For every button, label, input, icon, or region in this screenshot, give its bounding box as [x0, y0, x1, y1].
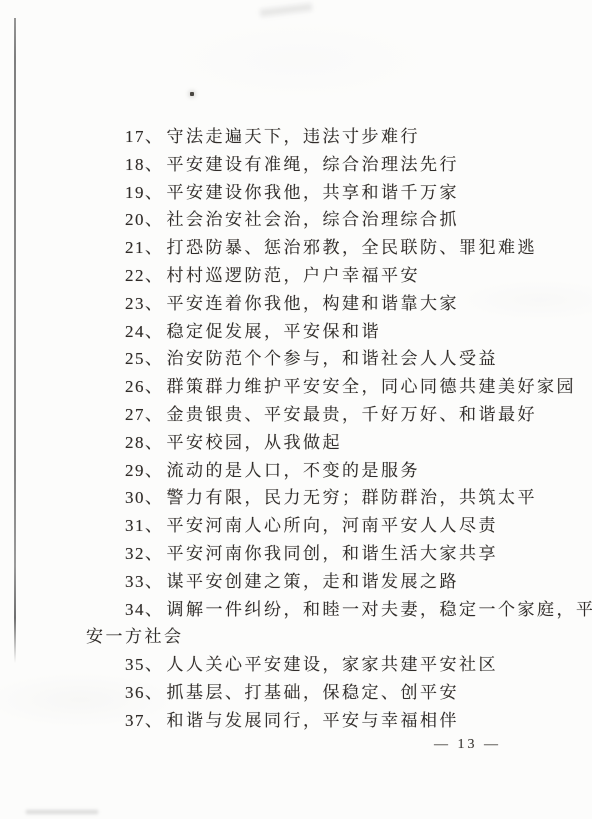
slogan-number: 23、	[125, 294, 164, 313]
slogan-text: 社会治安社会治，综合治理综合抓	[167, 210, 460, 229]
scan-artifact-top-smudge	[260, 3, 313, 17]
slogan-line: 27、金贵银贵、平安最贵，千好万好、和谐最好	[0, 401, 592, 429]
slogan-text: 平安建设有准绳，综合治理法先行	[167, 155, 460, 174]
slogan-line: 32、平安河南你我同创，和谐生活大家共享	[0, 540, 592, 568]
slogan-line: 安一方社会	[0, 623, 592, 651]
slogan-line: 20、社会治安社会治，综合治理综合抓	[0, 206, 592, 234]
slogan-number: 17、	[125, 127, 164, 146]
slogan-text: 人人关心平安建设，家家共建平安社区	[167, 655, 499, 674]
slogan-line: 33、谋平安创建之策，走和谐发展之路	[0, 568, 592, 596]
slogan-list: 17、守法走遍天下，违法寸步难行18、平安建设有准绳，综合治理法先行19、平安建…	[0, 123, 592, 735]
slogan-text: 调解一件纠纷，和睦一对夫妻，稳定一个家庭，平	[167, 600, 592, 619]
slogan-number: 32、	[125, 544, 164, 563]
slogan-number: 37、	[125, 711, 164, 730]
scan-artifact-bottom-streak	[26, 810, 98, 814]
slogan-text: 村村巡逻防范，户户幸福平安	[167, 266, 421, 285]
slogan-text: 抓基层、打基础，保稳定、创平安	[167, 683, 460, 702]
slogan-text: 守法走遍天下，违法寸步难行	[167, 127, 421, 146]
slogan-number: 20、	[125, 210, 164, 229]
slogan-number: 36、	[125, 683, 164, 702]
slogan-line: 24、稳定促发展，平安保和谐	[0, 318, 592, 346]
slogan-line: 26、群策群力维护平安安全，同心同德共建美好家园	[0, 373, 592, 401]
slogan-text: 流动的是人口，不变的是服务	[167, 461, 421, 480]
slogan-line: 31、平安河南人心所向，河南平安人人尽责	[0, 512, 592, 540]
slogan-line: 25、治安防范个个参与，和谐社会人人受益	[0, 345, 592, 373]
scanned-page: 17、守法走遍天下，违法寸步难行18、平安建设有准绳，综合治理法先行19、平安建…	[0, 0, 592, 819]
slogan-number: 27、	[125, 405, 164, 424]
slogan-text: 治安防范个个参与，和谐社会人人受益	[167, 349, 499, 368]
slogan-number: 29、	[125, 461, 164, 480]
slogan-text: 警力有限，民力无穷；群防群治，共筑太平	[167, 488, 538, 507]
slogan-line: 17、守法走遍天下，违法寸步难行	[0, 123, 592, 151]
slogan-line: 37、和谐与发展同行，平安与幸福相伴	[0, 707, 592, 735]
slogan-line: 23、平安连着你我他，构建和谐靠大家	[0, 290, 592, 318]
slogan-line: 18、平安建设有准绳，综合治理法先行	[0, 151, 592, 179]
slogan-number: 33、	[125, 572, 164, 591]
slogan-number: 22、	[125, 266, 164, 285]
slogan-text: 平安校园，从我做起	[167, 433, 343, 452]
slogan-number: 34、	[125, 600, 164, 619]
slogan-number: 35、	[125, 655, 164, 674]
slogan-number: 19、	[125, 183, 164, 202]
slogan-number: 24、	[125, 322, 164, 341]
slogan-number: 25、	[125, 349, 164, 368]
slogan-text: 平安河南你我同创，和谐生活大家共享	[167, 544, 499, 563]
slogan-line: 29、流动的是人口，不变的是服务	[0, 457, 592, 485]
slogan-line: 19、平安建设你我他，共享和谐千万家	[0, 179, 592, 207]
slogan-line: 21、打恐防暴、惩治邪教，全民联防、罪犯难逃	[0, 234, 592, 262]
page-number: — 13 —	[434, 737, 501, 753]
slogan-number: 28、	[125, 433, 164, 452]
slogan-number: 21、	[125, 238, 164, 257]
slogan-text: 平安建设你我他，共享和谐千万家	[167, 183, 460, 202]
slogan-text: 平安连着你我他，构建和谐靠大家	[167, 294, 460, 313]
slogan-text: 打恐防暴、惩治邪教，全民联防、罪犯难逃	[167, 238, 538, 257]
slogan-number: 18、	[125, 155, 164, 174]
slogan-number: 31、	[125, 516, 164, 535]
slogan-text: 群策群力维护平安安全，同心同德共建美好家园	[167, 377, 577, 396]
slogan-line: 22、村村巡逻防范，户户幸福平安	[0, 262, 592, 290]
slogan-text: 安一方社会	[86, 627, 184, 646]
slogan-line: 30、警力有限，民力无穷；群防群治，共筑太平	[0, 484, 592, 512]
slogan-text: 和谐与发展同行，平安与幸福相伴	[167, 711, 460, 730]
slogan-text: 平安河南人心所向，河南平安人人尽责	[167, 516, 499, 535]
slogan-text: 谋平安创建之策，走和谐发展之路	[167, 572, 460, 591]
slogan-number: 30、	[125, 488, 164, 507]
slogan-line: 35、人人关心平安建设，家家共建平安社区	[0, 651, 592, 679]
slogan-text: 金贵银贵、平安最贵，千好万好、和谐最好	[167, 405, 538, 424]
slogan-number: 26、	[125, 377, 164, 396]
scan-artifact-ink-speck	[190, 92, 194, 96]
slogan-line: 36、抓基层、打基础，保稳定、创平安	[0, 679, 592, 707]
slogan-line: 28、平安校园，从我做起	[0, 429, 592, 457]
slogan-line: 34、调解一件纠纷，和睦一对夫妻，稳定一个家庭，平	[0, 596, 592, 624]
slogan-text: 稳定促发展，平安保和谐	[167, 322, 382, 341]
